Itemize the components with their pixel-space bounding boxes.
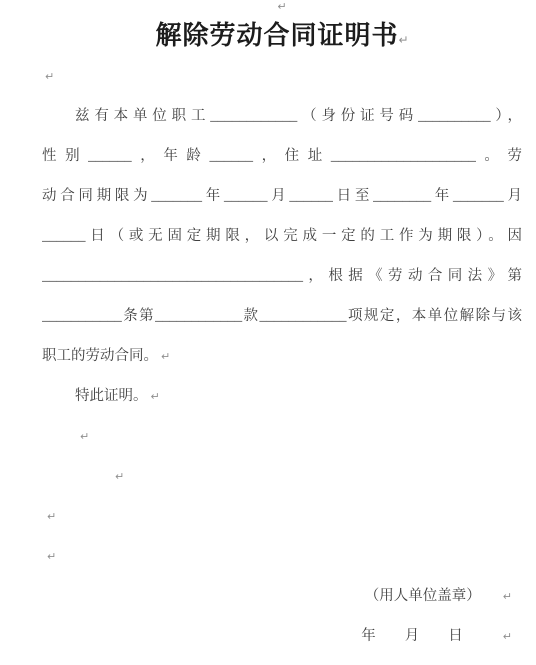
empty-paragraph: ↵ [42,416,522,456]
body-line-termination: 职工的劳动合同。↵ [42,336,522,376]
document-title: 解除劳动合同证明书↵ [42,20,522,56]
employer-stamp-label: （用人单位盖章） [365,588,481,604]
document-body: 兹有本单位职工____________（身份证号码__________）， 性别… [42,96,522,656]
date-label: 年 月 日 [361,628,463,644]
body-line-hereby-certify: 特此证明。↵ [42,376,522,416]
body-line-contract-term-start: 动合同期限为_______年______月______日至________年__… [42,176,522,216]
body-line-article-clause-item: ___________条第____________款____________项规… [42,296,522,336]
paragraph-mark: ↵ [161,350,170,363]
body-line-termination-text: 职工的劳动合同。 [42,348,158,364]
paragraph-mark: ↵ [42,0,522,13]
empty-paragraph: ↵ [42,536,522,576]
document-page: ↵ 解除劳动合同证明书↵ ↵ 兹有本单位职工____________（身份证号码… [0,0,536,665]
paragraph-mark: ↵ [151,390,160,403]
body-line-employee-id: 兹有本单位职工____________（身份证号码__________）， [42,96,522,136]
paragraph-mark: ↵ [115,470,124,483]
body-line-reason-law: ____________________________________，根据《… [42,256,522,296]
body-line-hereby-certify-text: 特此证明。 [75,388,148,404]
paragraph-mark: ↵ [47,510,56,523]
paragraph-mark: ↵ [503,590,512,603]
empty-paragraph: ↵ [42,456,522,496]
body-line-gender-age-address: 性别______，年龄______，住址____________________… [42,136,522,176]
paragraph-mark: ↵ [398,33,408,47]
document-title-text: 解除劳动合同证明书 [155,21,398,50]
paragraph-mark: ↵ [80,430,89,443]
empty-paragraph: ↵ [42,496,522,536]
signature-date-line: 年 月 日↵ [42,616,522,656]
paragraph-mark: ↵ [503,630,512,643]
paragraph-mark: ↵ [47,550,56,563]
body-line-contract-term-end: ______日（或无固定期限，以完成一定的工作为期限）。因 [42,216,522,256]
signature-stamp-line: （用人单位盖章）↵ [42,576,522,616]
paragraph-mark: ↵ [45,70,54,84]
